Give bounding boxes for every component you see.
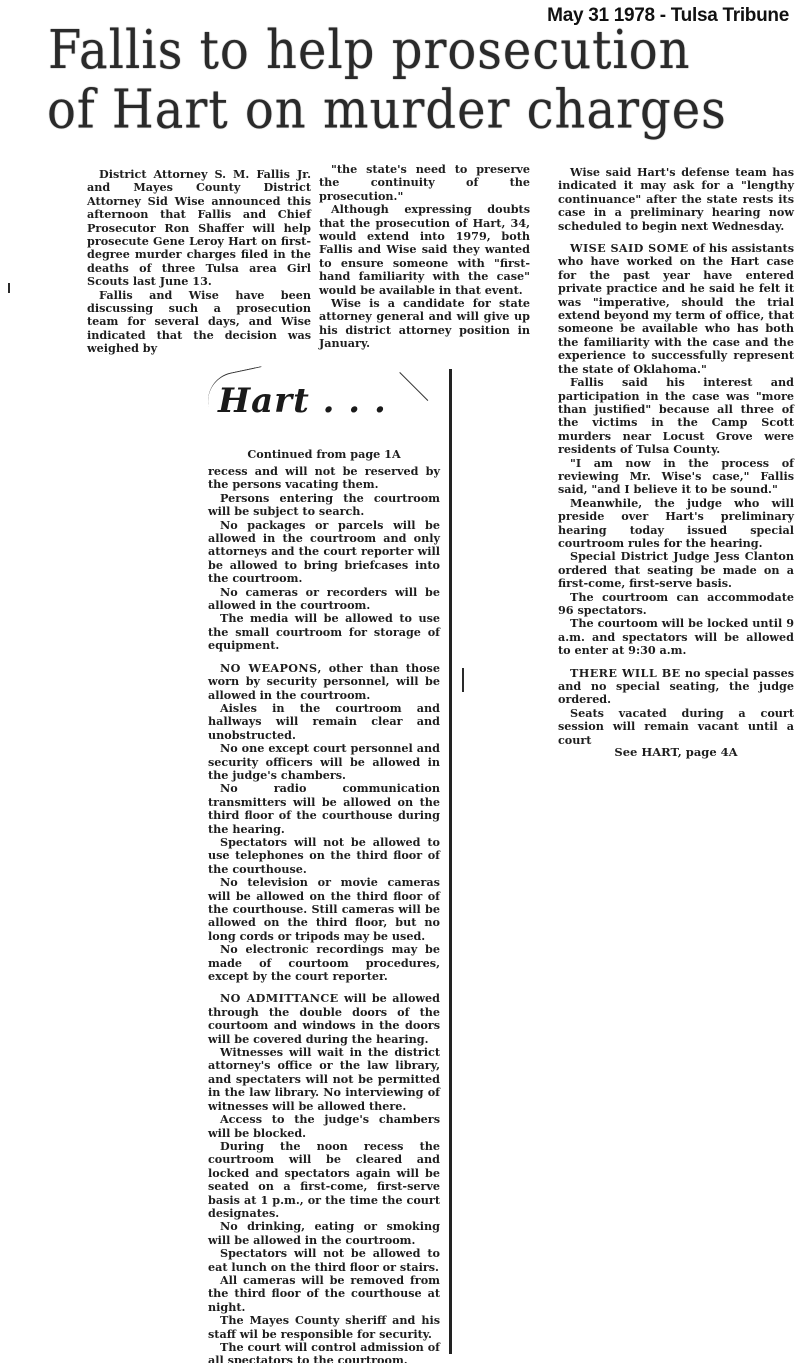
paragraph: The court will control admission of all …	[208, 1341, 440, 1363]
article-column-1: District Attorney S. M. Fallis Jr. and M…	[87, 168, 311, 356]
paragraph: Although expressing doubts that the pros…	[319, 203, 530, 297]
paragraph: NO ADMITTANCE will be allowed through th…	[208, 992, 440, 1046]
paragraph: Spectators will not be allowed to eat lu…	[208, 1247, 440, 1274]
paragraph: Persons entering the courtroom will be s…	[208, 492, 440, 519]
headline-line-1: Fallis to help prosecution	[44, 22, 784, 78]
subhead-lead: NO WEAPONS	[220, 661, 318, 675]
paragraph: The Mayes County sheriff and his staff w…	[208, 1314, 440, 1341]
subhead-lead: WISE SAID SOME	[570, 241, 689, 255]
paragraph: Seats vacated during a court session wil…	[558, 707, 794, 747]
paragraph: WISE SAID SOME of his assistants who hav…	[558, 242, 794, 376]
jump-heading: Hart . . .	[218, 383, 387, 419]
paragraph: "I am now in the process of reviewing Mr…	[558, 457, 794, 497]
paragraph: Fallis said his interest and participati…	[558, 376, 794, 456]
column-rule	[8, 283, 10, 293]
paragraph: All cameras will be removed from the thi…	[208, 1274, 440, 1314]
paragraph: During the noon recess the courtroom wil…	[208, 1140, 440, 1220]
paragraph: NO WEAPONS, other than those worn by sec…	[208, 662, 440, 702]
paragraph: The media will be allowed to use the sma…	[208, 612, 440, 652]
paragraph: recess and will not be reserved by the p…	[208, 465, 440, 492]
paragraph: Spectators will not be allowed to use te…	[208, 836, 440, 876]
paragraph: No radio communication transmitters will…	[208, 782, 440, 836]
paragraph: No cameras or recorders will be allowed …	[208, 586, 440, 613]
paragraph: District Attorney S. M. Fallis Jr. and M…	[87, 168, 311, 289]
paragraph: THERE WILL BE no special passes and no s…	[558, 667, 794, 707]
paragraph: No electronic recordings may be made of …	[208, 943, 440, 983]
jump-subheading: Continued from page 1A	[208, 447, 440, 461]
paragraph: Aisles in the courtroom and hallways wil…	[208, 702, 440, 742]
paragraph: No television or movie cameras will be a…	[208, 876, 440, 943]
paragraph: Wise said Hart's defense team has indica…	[558, 166, 794, 233]
paragraph: Meanwhile, the judge who will preside ov…	[558, 497, 794, 551]
jump-column: recess and will not be reserved by the p…	[208, 465, 440, 1363]
paragraph: Access to the judge's chambers will be b…	[208, 1113, 440, 1140]
column-rule	[462, 668, 464, 692]
paragraph: The courtroom can accommodate 96 spectat…	[558, 591, 794, 618]
paragraph: Witnesses will wait in the district atto…	[208, 1046, 440, 1113]
paragraph: The courtoom will be locked until 9 a.m.…	[558, 617, 794, 657]
paragraph: No drinking, eating or smoking will be a…	[208, 1220, 440, 1247]
paragraph: "the state's need to preserve the contin…	[319, 163, 530, 203]
paragraph: Fallis and Wise have been discussing suc…	[87, 289, 311, 356]
subhead-lead: NO ADMITTANCE	[220, 991, 339, 1005]
paragraph: Special District Judge Jess Clanton orde…	[558, 550, 794, 590]
headline: Fallis to help prosecution of Hart on mu…	[44, 22, 784, 137]
paragraph-text: of his assistants who have worked on the…	[558, 241, 794, 376]
jump-reference: See HART, page 4A	[558, 745, 794, 759]
article-column-3: Wise said Hart's defense team has indica…	[558, 166, 794, 747]
headline-line-2: of Hart on murder charges	[44, 81, 784, 137]
subhead-lead: THERE WILL BE	[570, 666, 681, 680]
article-column-2: "the state's need to preserve the contin…	[319, 163, 530, 351]
paragraph: Wise is a candidate for state attorney g…	[319, 297, 530, 351]
paragraph: No packages or parcels will be allowed i…	[208, 519, 440, 586]
paragraph: No one except court personnel and securi…	[208, 742, 440, 782]
